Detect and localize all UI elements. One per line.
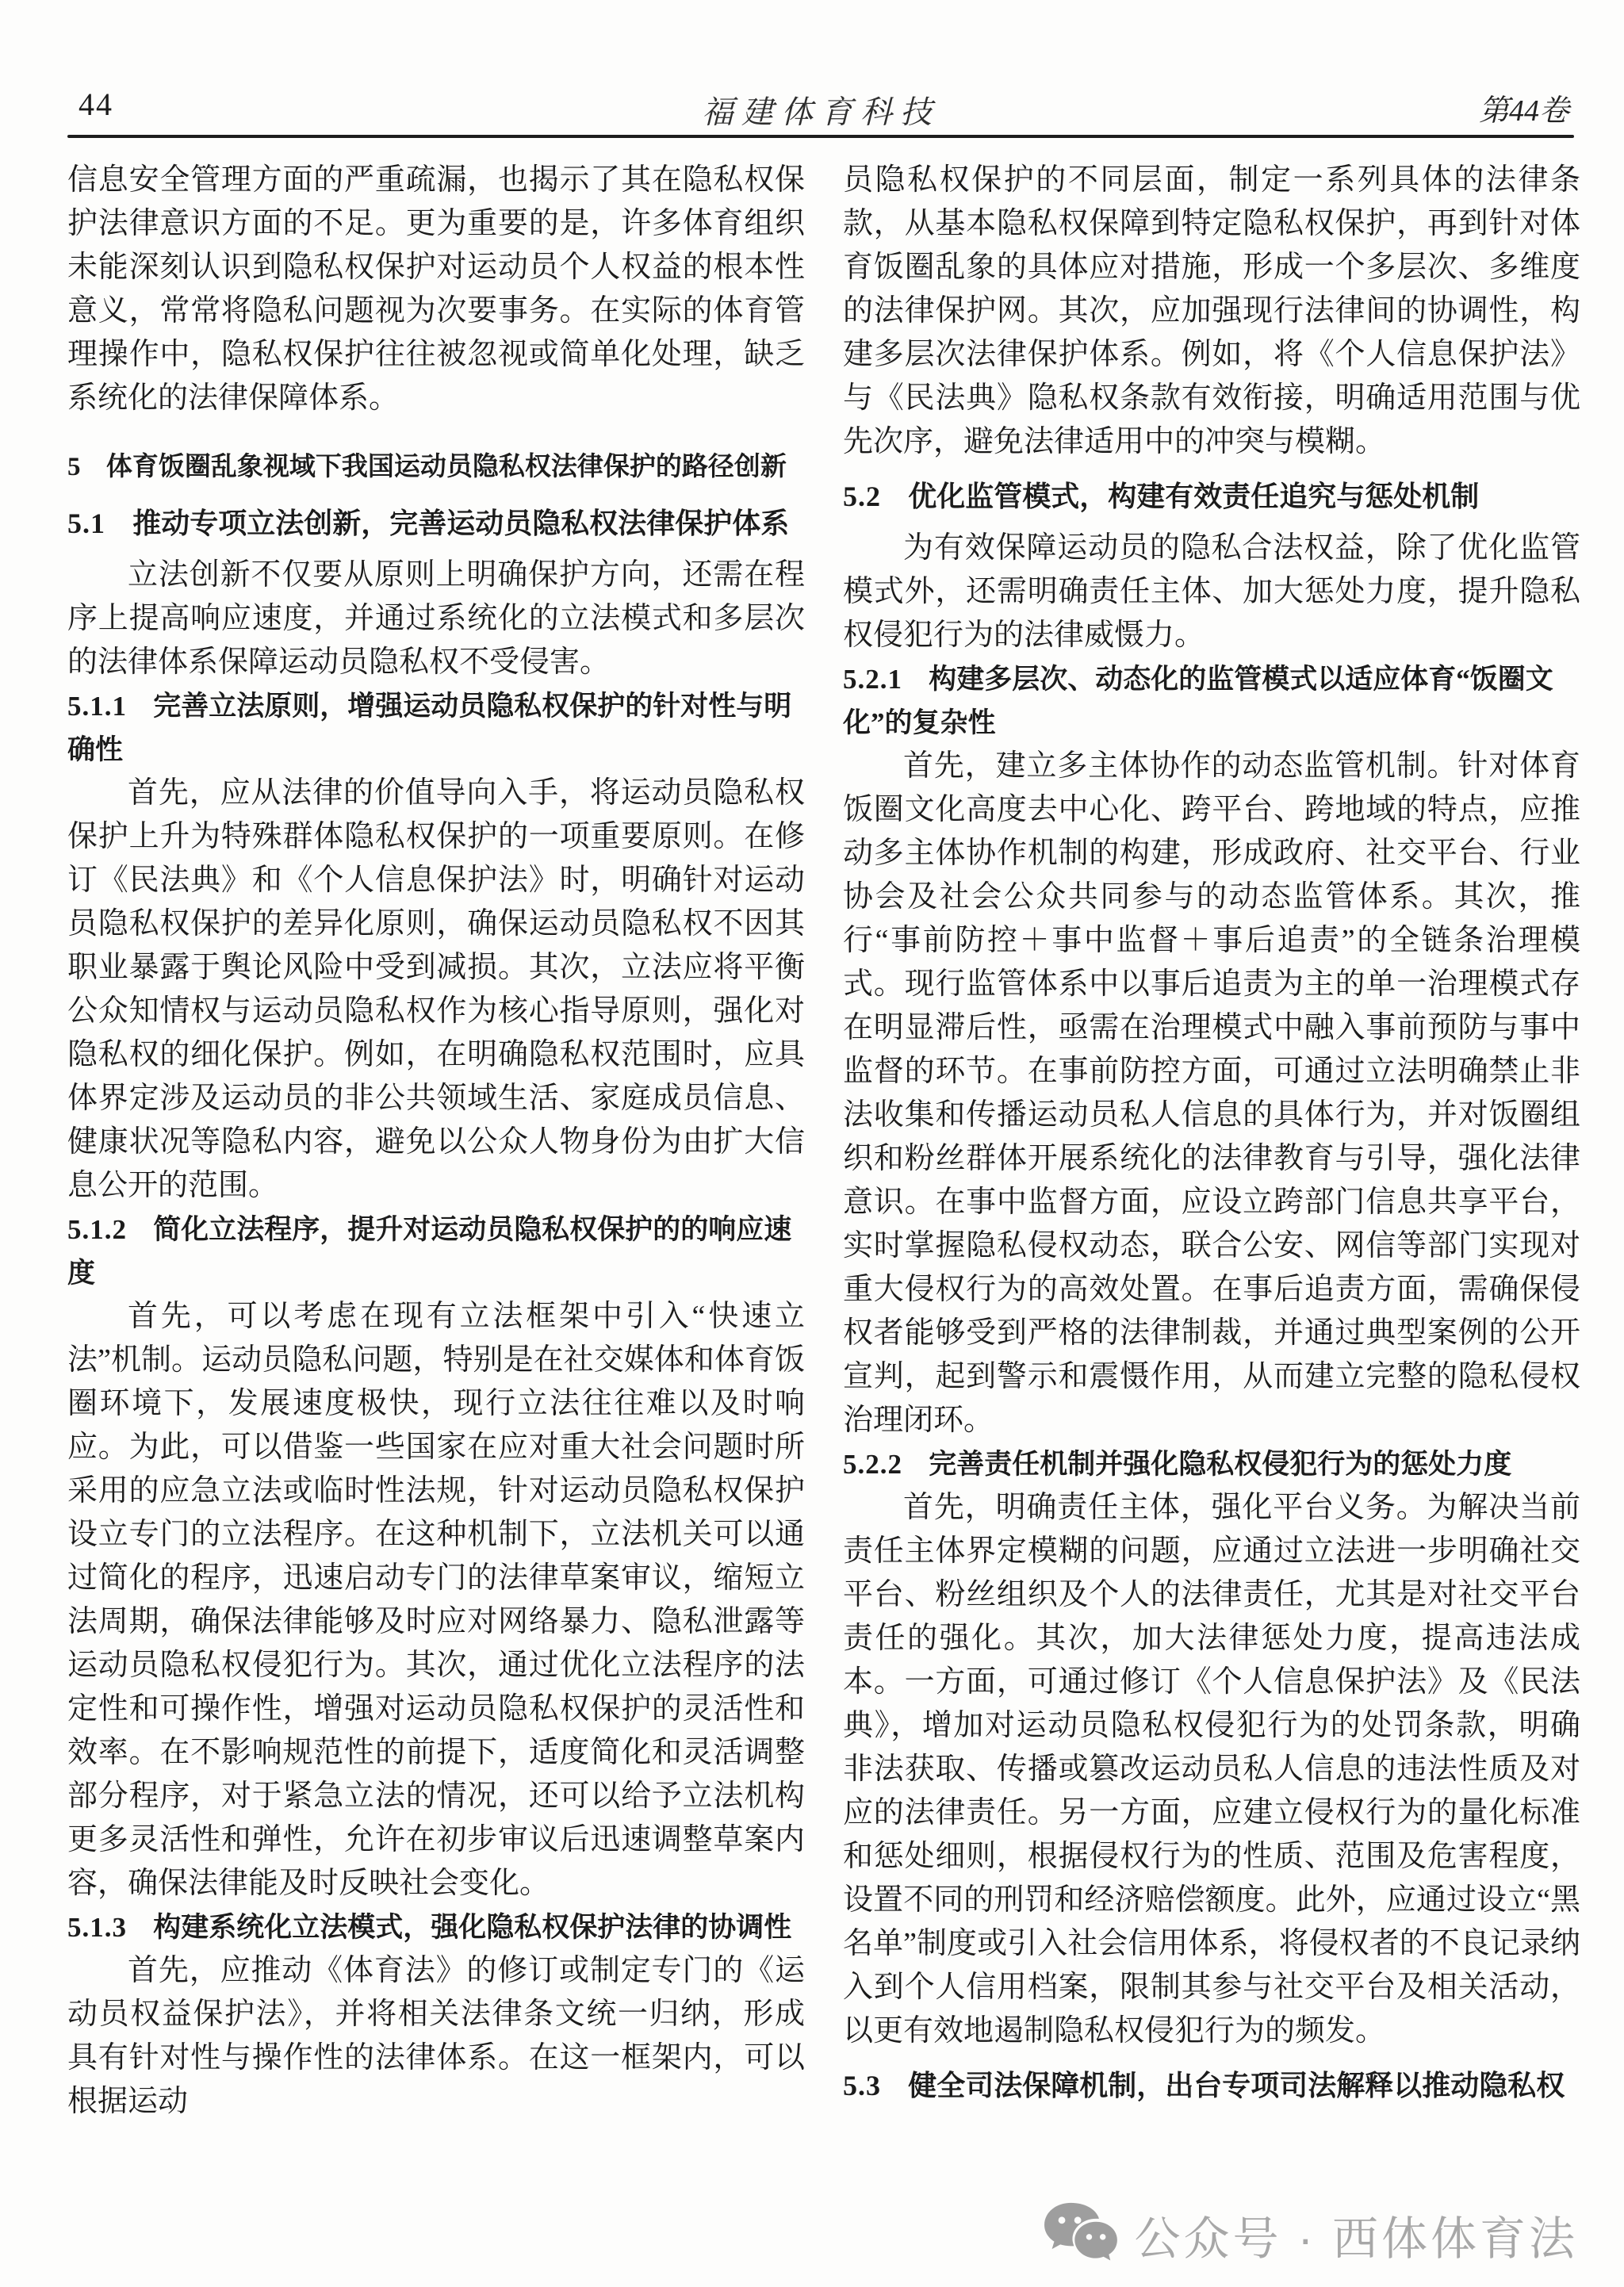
section-number: 5.2 [843,481,881,512]
paragraph: 首先，应推动《体育法》的修订或制定专门的《运动员权益保护法》，并将相关法律条文统… [67,1949,805,2124]
journal-title: 福建体育科技 [67,87,1574,132]
volume-label: 第44卷 [1479,86,1569,129]
watermark-text: 公众号 · 西体体育法 [1134,2201,1578,2268]
section-number: 5.1.3 [67,1912,127,1943]
right-column: 员隐私权保护的不同层面，制定一系列具体的法律条款，从基本隐私权保障到特定隐私权保… [843,159,1580,2116]
section-number: 5.2.1 [843,664,902,695]
section-number: 5.1.1 [67,691,127,722]
section-heading-5.1.1: 5.1.1完善立法原则，增强运动员隐私权保护的针对性与明确性 [67,684,805,772]
journal-page: 44 福建体育科技 第44卷 信息安全管理方面的严重疏漏，也揭示了其在隐私权保护… [0,0,1624,2287]
paragraph: 立法创新不仅要从原则上明确保护方向，还需在程序上提高响应速度，并通过系统化的立法… [67,554,805,684]
section-number: 5.1.2 [67,1214,127,1245]
paragraph: 首先，明确责任主体，强化平台义务。为解决当前责任主体界定模糊的问题，应通过立法进… [843,1486,1580,2053]
section-heading-5.2.2: 5.2.2完善责任机制并强化隐私权侵犯行为的惩处力度 [843,1442,1580,1486]
header-divider [67,135,1574,138]
section-heading-5.1.2: 5.1.2简化立法程序，提升对运动员隐私权保护的的响应速度 [67,1208,805,1295]
section-number: 5.3 [843,2070,881,2101]
paragraph: 员隐私权保护的不同层面，制定一系列具体的法律条款，从基本隐私权保障到特定隐私权保… [843,159,1580,464]
wechat-icon [1042,2200,1118,2270]
section-heading-5: 5体育饭圈乱象视域下我国运动员隐私权法律保护的路径创新 [67,446,805,489]
paragraph: 首先，建立多主体协作的动态监管机制。针对体育饭圈文化高度去中心化、跨平台、跨地域… [843,745,1580,1442]
left-column: 信息安全管理方面的严重疏漏，也揭示了其在隐私权保护法律意识方面的不足。更为重要的… [67,159,805,2124]
section-number: 5.2.2 [843,1449,902,1480]
paragraph: 首先，应从法律的价值导向入手，将运动员隐私权保护上升为特殊群体隐私权保护的一项重… [67,772,805,1208]
section-heading-5.1: 5.1推动专项立法创新，完善运动员隐私权法律保护体系 [67,502,805,546]
paragraph: 首先，可以考虑在现有立法框架中引入“快速立法”机制。运动员隐私问题，特别是在社交… [67,1295,805,1906]
page-header: 44 福建体育科技 第44卷 [67,82,1574,128]
paragraph: 信息安全管理方面的严重疏漏，也揭示了其在隐私权保护法律意识方面的不足。更为重要的… [67,159,805,420]
section-heading-5.2.1: 5.2.1构建多层次、动态化的监管模式以适应体育“饭圈文化”的复杂性 [843,657,1580,745]
watermark: 公众号 · 西体体育法 [1042,2200,1578,2270]
section-number: 5.1 [67,508,105,539]
paragraph: 为有效保障运动员的隐私合法权益，除了优化监管模式外，还需明确责任主体、加大惩处力… [843,527,1580,657]
section-heading-5.1.3: 5.1.3构建系统化立法模式，强化隐私权保护法律的协调性 [67,1906,805,1949]
section-heading-5.2: 5.2优化监管模式，构建有效责任追究与惩处机制 [843,475,1580,519]
section-heading-5.3: 5.3健全司法保障机制，出台专项司法解释以推动隐私权 [843,2064,1580,2108]
section-number: 5 [67,453,82,481]
